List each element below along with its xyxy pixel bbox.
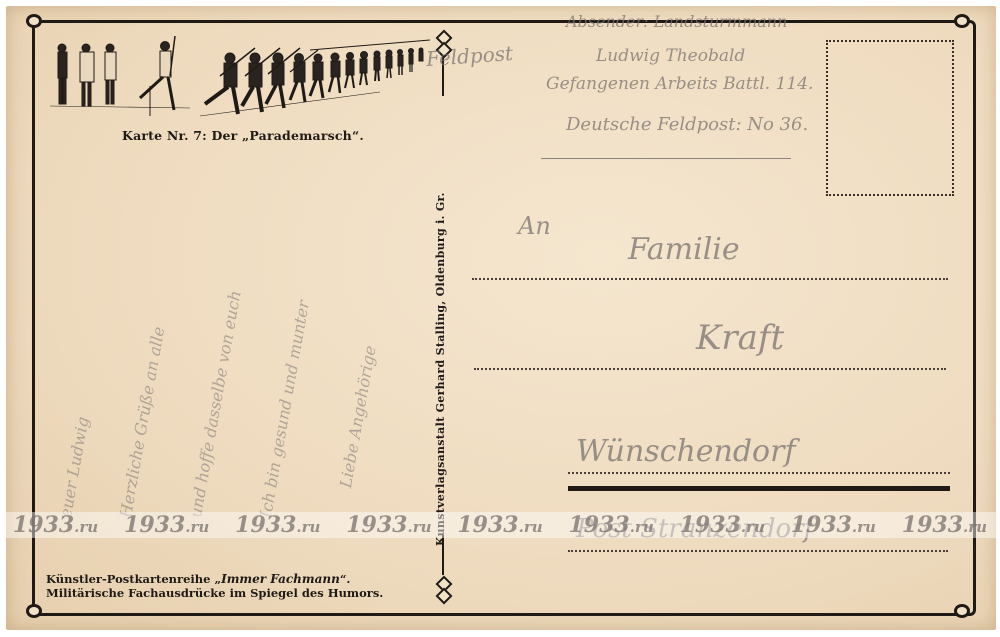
address-greeting: An: [518, 212, 551, 240]
watermark-text: 1933.ru: [902, 512, 987, 538]
frame-corner-ornament: [26, 14, 42, 28]
watermark-text: 1933.ru: [13, 512, 98, 538]
watermark-text: 1933.ru: [346, 512, 431, 538]
sender-line: Ludwig Theobald: [596, 46, 745, 66]
address-line: Wünschendorf: [576, 434, 796, 469]
watermark-text: 1933.ru: [680, 512, 765, 538]
sender-line: Deutsche Feldpost: No 36.: [566, 114, 808, 135]
watermark-text: 1933.ru: [568, 512, 653, 538]
frame-corner-ornament: [954, 14, 970, 28]
watermark-text: 1933.ru: [235, 512, 320, 538]
frame-corner-ornament: [954, 604, 970, 618]
stamp-placeholder: [826, 40, 954, 196]
address-thick-line: [568, 486, 950, 491]
frame-corner-ornament: [26, 604, 42, 618]
sender-line: Absender: Landsturmmann: [566, 12, 787, 31]
address-dotted-line: [474, 368, 946, 370]
watermark-strip: 1933.ru1933.ru1933.ru1933.ru1933.ru1933.…: [0, 512, 1000, 538]
address-line: Familie: [628, 232, 740, 267]
watermark-text: 1933.ru: [124, 512, 209, 538]
series-line-1: Künstler-Postkartenreihe „Immer Fachmann…: [46, 572, 383, 586]
address-line: Kraft: [696, 318, 784, 358]
publisher-imprint: Kunstverlagsanstalt Gerhard Stalling, Ol…: [434, 192, 447, 546]
watermark-text: 1933.ru: [791, 512, 876, 538]
sender-underline: [541, 158, 791, 159]
series-line-2: Militärische Fachausdrücke im Spiegel de…: [46, 586, 383, 600]
parade-march-illustration: [50, 36, 430, 124]
card-caption: Karte Nr. 7: Der „Parademarsch“.: [122, 128, 364, 143]
series-title: Künstler-Postkartenreihe „Immer Fachmann…: [46, 572, 383, 600]
handwritten-message: euer Ludwig Herzliche Grüße an alle und …: [46, 156, 426, 516]
watermark-text: 1933.ru: [457, 512, 542, 538]
address-dotted-line: [568, 550, 948, 552]
address-dotted-line: [568, 472, 950, 474]
address-dotted-line: [472, 278, 948, 280]
sender-line: Gefangenen Arbeits Battl. 114.: [546, 74, 813, 94]
